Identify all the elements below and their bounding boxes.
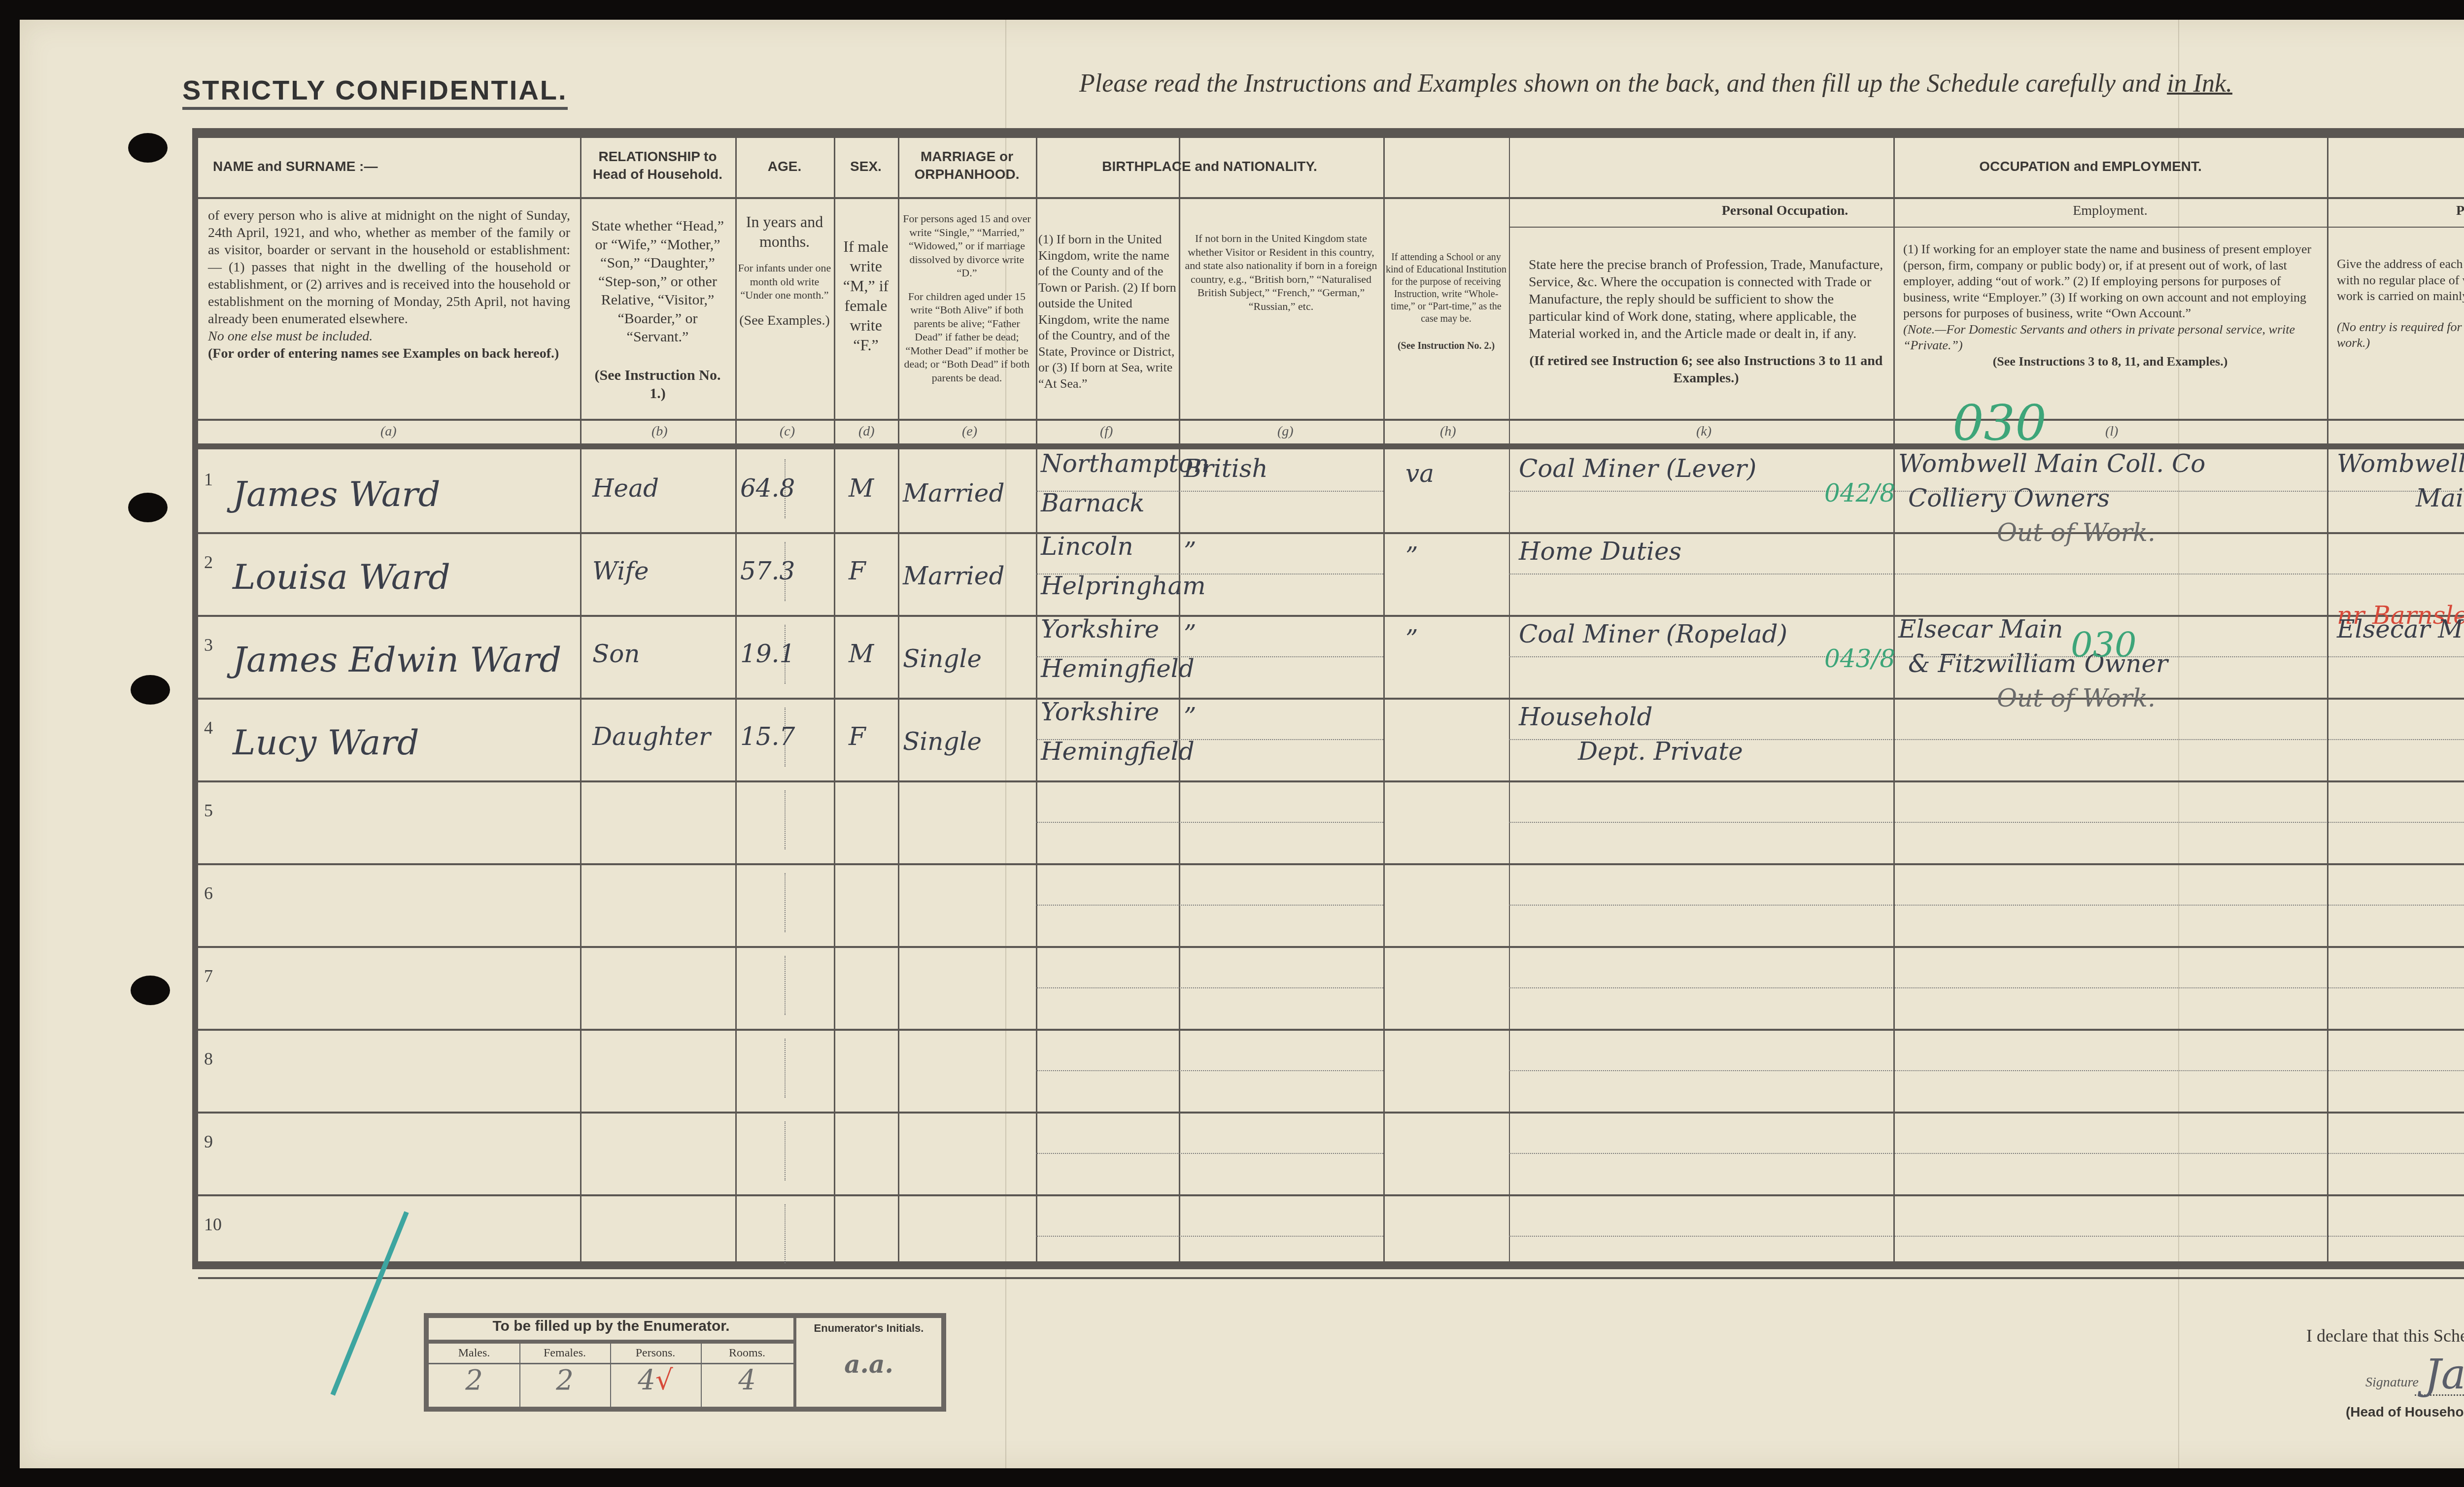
header-occupation: OCCUPATION and EMPLOYMENT.: [1509, 158, 2464, 175]
cell-education: ”: [1405, 625, 1418, 653]
cell-sex: F: [849, 722, 866, 751]
cell-employment_2: Colliery Owners: [1908, 484, 2110, 512]
cell-name: James Edwin Ward: [233, 640, 561, 680]
header-name: NAME and SURNAME :—: [198, 158, 595, 175]
cell-occupation: Household: [1519, 703, 1652, 731]
males-count: Males.2: [429, 1344, 520, 1407]
cell-occupation: Home Duties: [1519, 537, 1681, 566]
cell-birthplace_2: Hemingfield: [1041, 654, 1195, 683]
table-row: 1James WardHead64.8MMarriedNorthamptonBa…: [198, 449, 2464, 534]
cell-emp_code: 030: [2071, 625, 2137, 665]
header-age: AGE.: [735, 158, 834, 175]
cell-age: 19.1: [740, 640, 795, 668]
cell-sex: M: [849, 474, 874, 503]
table-row: 7 UnderOne Age last birthday. 1234567891…: [198, 946, 2464, 1031]
cell-occupation: Coal Miner (Ropelad): [1519, 620, 1787, 648]
enumerator-box: To be filled up by the Enumerator. Enume…: [424, 1313, 946, 1412]
header-marriage: MARRIAGE or ORPHANHOOD.: [898, 148, 1036, 183]
cell-education: ”: [1405, 542, 1418, 571]
punch-hole: [131, 976, 170, 1005]
table-row: 6 UnderOne Age last birthday. 1234567891…: [198, 863, 2464, 948]
cell-marriage: Married: [903, 479, 1004, 507]
cell-name: James Ward: [233, 474, 441, 514]
cell-education: va: [1405, 459, 1434, 488]
cell-birthplace_2: Hemingfield: [1041, 737, 1195, 766]
punch-hole: [128, 493, 168, 522]
signature-label: Signature: [2365, 1375, 2419, 1390]
table-row: 10 UnderOne Age last birthday. 123456789…: [198, 1194, 2464, 1279]
cell-birthplace_1: Yorkshire: [1041, 698, 1159, 726]
cell-relationship: Wife: [592, 557, 649, 585]
cell-age: 64.8: [740, 474, 795, 503]
cell-occupation: Coal Miner (Lever): [1519, 454, 1756, 483]
punch-hole: [131, 675, 170, 705]
punch-hole: [128, 133, 168, 163]
cell-place_1: Elsecar Main: [2337, 615, 2464, 643]
cell-age: 57.3: [740, 557, 795, 585]
cell-occupation_2: Dept. Private: [1578, 737, 1743, 766]
females-count: Females.2: [519, 1344, 611, 1407]
header-birthplace: BIRTHPLACE and NATIONALITY.: [1036, 158, 1383, 175]
table-row: 3James Edwin WardSon19.1MSingleYorkshire…: [198, 615, 2464, 700]
cell-birthplace_1: Yorkshire: [1041, 615, 1159, 643]
cell-place_1: Wombwell: [2337, 449, 2464, 478]
table-row: 8 UnderOne Age last birthday. 1234567891…: [198, 1029, 2464, 1114]
table-row: 5 UnderOne Age last birthday. 1234567891…: [198, 780, 2464, 865]
table-row: 4Lucy WardDaughter15.7FSingleYorkshireHe…: [198, 698, 2464, 782]
cell-occ_code: 042/8: [1824, 479, 1895, 507]
cell-employment_1: Wombwell Main Coll. Co: [1898, 449, 2205, 478]
declaration-text: I declare that this Schedule is correctl…: [2306, 1325, 2464, 1346]
confidential-label: STRICTLY CONFIDENTIAL.: [182, 74, 568, 110]
cell-employment_1: Elsecar Main: [1898, 615, 2063, 643]
cell-marriage: Single: [903, 644, 982, 673]
cell-relationship: Son: [592, 640, 640, 668]
enumerator-initials: Enumerator's Initials.a.a.: [796, 1318, 941, 1407]
table-row: 2Louisa WardWife57.3FMarriedLincolnHelpr…: [198, 532, 2464, 617]
header-sex: SEX.: [834, 158, 898, 175]
signature-note: (Head of Household, Manager of Establish…: [2346, 1404, 2464, 1420]
cell-occ_code: 043/8: [1824, 644, 1895, 673]
cell-relationship: Daughter: [592, 722, 711, 751]
table-row: 9 UnderOne Age last birthday. 1234567891…: [198, 1112, 2464, 1196]
signature: James Ward. Head of House: [2425, 1350, 2464, 1398]
cell-nationality: British: [1184, 454, 1268, 483]
persons-count: Persons.4√: [610, 1344, 702, 1407]
cell-age: 15.7: [740, 722, 795, 751]
cell-marriage: Single: [903, 727, 982, 756]
rooms-count: Rooms.4: [701, 1344, 796, 1407]
cell-nationality: ”: [1184, 703, 1197, 731]
cell-marriage: Married: [903, 562, 1004, 590]
cell-birthplace_2: Barnack: [1041, 489, 1145, 517]
cell-relationship: Head: [592, 474, 659, 503]
instructions-line: Please read the Instructions and Example…: [1079, 69, 2232, 98]
cell-nationality: ”: [1184, 537, 1197, 566]
cell-birthplace_2: Helpringham: [1041, 572, 1206, 600]
cell-place_2: Main: [2416, 484, 2464, 512]
employment-code-mark: 030: [1952, 394, 2047, 452]
household-table: NAME and SURNAME :— RELATIONSHIP to Head…: [192, 128, 2464, 1269]
cell-name: Lucy Ward: [233, 722, 419, 763]
cell-name: Louisa Ward: [233, 557, 450, 597]
instruction-name: of every person who is alive at midnight…: [208, 207, 570, 362]
cell-nationality: ”: [1184, 620, 1197, 648]
cell-sex: M: [849, 640, 874, 668]
header-relationship: RELATIONSHIP to Head of Household.: [580, 148, 735, 183]
cell-birthplace_1: Lincoln: [1041, 532, 1133, 561]
cell-sex: F: [849, 557, 866, 585]
